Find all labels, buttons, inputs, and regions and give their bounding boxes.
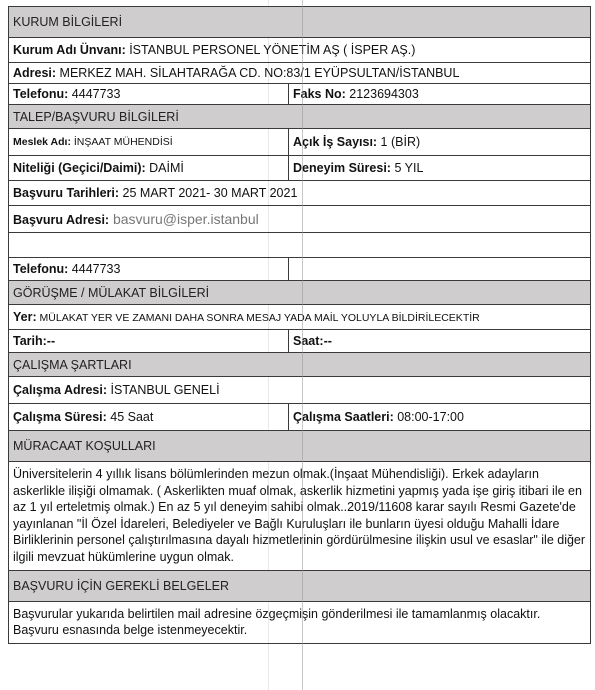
- institution-name-row: Kurum Adı Ünvanı: İSTANBUL PERSONEL YÖNE…: [9, 38, 591, 63]
- job-posting-form: KURUM BİLGİLERİ Kurum Adı Ünvanı: İSTANB…: [8, 6, 591, 644]
- work-hours-cell: Çalışma Saatleri: 08:00-17:00: [289, 404, 591, 431]
- work-address-value: İSTANBUL GENELİ: [107, 383, 220, 397]
- application-dates-value: 25 MART 2021- 30 MART 2021: [119, 186, 297, 200]
- profession-label: Meslek Adı:: [13, 136, 71, 148]
- section-header-calisma: ÇALIŞMA ŞARTLARI: [9, 353, 591, 377]
- institution-phone-value: 4447733: [68, 87, 120, 101]
- scan-artifact-line: [302, 0, 303, 690]
- openings-label: Açık İş Sayısı:: [293, 135, 377, 149]
- interview-place-value: MÜLAKAT YER VE ZAMANI DAHA SONRA MESAJ Y…: [37, 312, 480, 324]
- work-address-label: Çalışma Adresi:: [13, 383, 107, 397]
- work-duration-label: Çalışma Süresi:: [13, 410, 107, 424]
- institution-phone-label: Telefonu:: [13, 87, 68, 101]
- empty-cell: [289, 258, 591, 281]
- institution-fax-label: Faks No:: [293, 87, 346, 101]
- profession-value: İNŞAAT MÜHENDİSİ: [71, 136, 173, 148]
- work-address-row: Çalışma Adresi: İSTANBUL GENELİ: [9, 377, 591, 404]
- interview-date-cell: Tarih:--: [9, 330, 289, 353]
- interview-place-row: Yer: MÜLAKAT YER VE ZAMANI DAHA SONRA ME…: [9, 305, 591, 330]
- application-conditions-text: Üniversitelerin 4 yıllık lisans bölümler…: [9, 462, 591, 571]
- experience-value: 5 YIL: [391, 161, 423, 175]
- institution-address-label: Adresi:: [13, 66, 56, 80]
- application-address-label: Başvuru Adresi:: [13, 213, 109, 227]
- employment-type-value: DAİMİ: [146, 161, 184, 175]
- application-phone-value: 4447733: [68, 262, 120, 276]
- institution-name-label: Kurum Adı Ünvanı:: [13, 43, 126, 57]
- institution-fax-cell: Faks No: 2123694303: [289, 84, 591, 105]
- openings-value: 1 (BİR): [377, 135, 420, 149]
- application-email-link[interactable]: basvuru@isper.istanbul: [109, 211, 259, 227]
- section-header-talep: TALEP/BAŞVURU BİLGİLERİ: [9, 105, 591, 129]
- interview-date-label: Tarih:--: [13, 334, 55, 348]
- institution-address-value: MERKEZ MAH. SİLAHTARAĞA CD. NO:83/1 EYÜP…: [56, 66, 459, 80]
- employment-type-label: Niteliği (Geçici/Daimi):: [13, 161, 146, 175]
- application-dates-label: Başvuru Tarihleri:: [13, 186, 119, 200]
- institution-address-row: Adresi: MERKEZ MAH. SİLAHTARAĞA CD. NO:8…: [9, 63, 591, 84]
- interview-place-label: Yer:: [13, 310, 37, 324]
- application-phone-label: Telefonu:: [13, 262, 68, 276]
- section-header-muracaat: MÜRACAAT KOŞULLARI: [9, 431, 591, 462]
- experience-cell: Deneyim Süresi: 5 YIL: [289, 156, 591, 181]
- institution-fax-value: 2123694303: [346, 87, 419, 101]
- application-phone-cell: Telefonu: 4447733: [9, 258, 289, 281]
- openings-cell: Açık İş Sayısı: 1 (BİR): [289, 129, 591, 156]
- experience-label: Deneyim Süresi:: [293, 161, 391, 175]
- interview-time-cell: Saat:--: [289, 330, 591, 353]
- application-address-row: Başvuru Adresi: basvuru@isper.istanbul: [9, 206, 591, 233]
- work-duration-cell: Çalışma Süresi: 45 Saat: [9, 404, 289, 431]
- institution-phone-cell: Telefonu: 4447733: [9, 84, 289, 105]
- application-dates-row: Başvuru Tarihleri: 25 MART 2021- 30 MART…: [9, 181, 591, 206]
- employment-type-cell: Niteliği (Geçici/Daimi): DAİMİ: [9, 156, 289, 181]
- section-header-kurum: KURUM BİLGİLERİ: [9, 7, 591, 38]
- section-header-gorusme: GÖRÜŞME / MÜLAKAT BİLGİLERİ: [9, 281, 591, 305]
- required-documents-text: Başvurular yukarıda belirtilen mail adre…: [9, 602, 591, 644]
- profession-cell: Meslek Adı: İNŞAAT MÜHENDİSİ: [9, 129, 289, 156]
- institution-name-value: İSTANBUL PERSONEL YÖNETİM AŞ ( İSPER AŞ.…: [126, 43, 416, 57]
- work-duration-value: 45 Saat: [107, 410, 154, 424]
- interview-time-label: Saat:--: [293, 334, 332, 348]
- work-hours-label: Çalışma Saatleri:: [293, 410, 394, 424]
- empty-row: [9, 233, 591, 258]
- work-hours-value: 08:00-17:00: [394, 410, 464, 424]
- section-header-belgeler: BAŞVURU İÇİN GEREKLİ BELGELER: [9, 571, 591, 602]
